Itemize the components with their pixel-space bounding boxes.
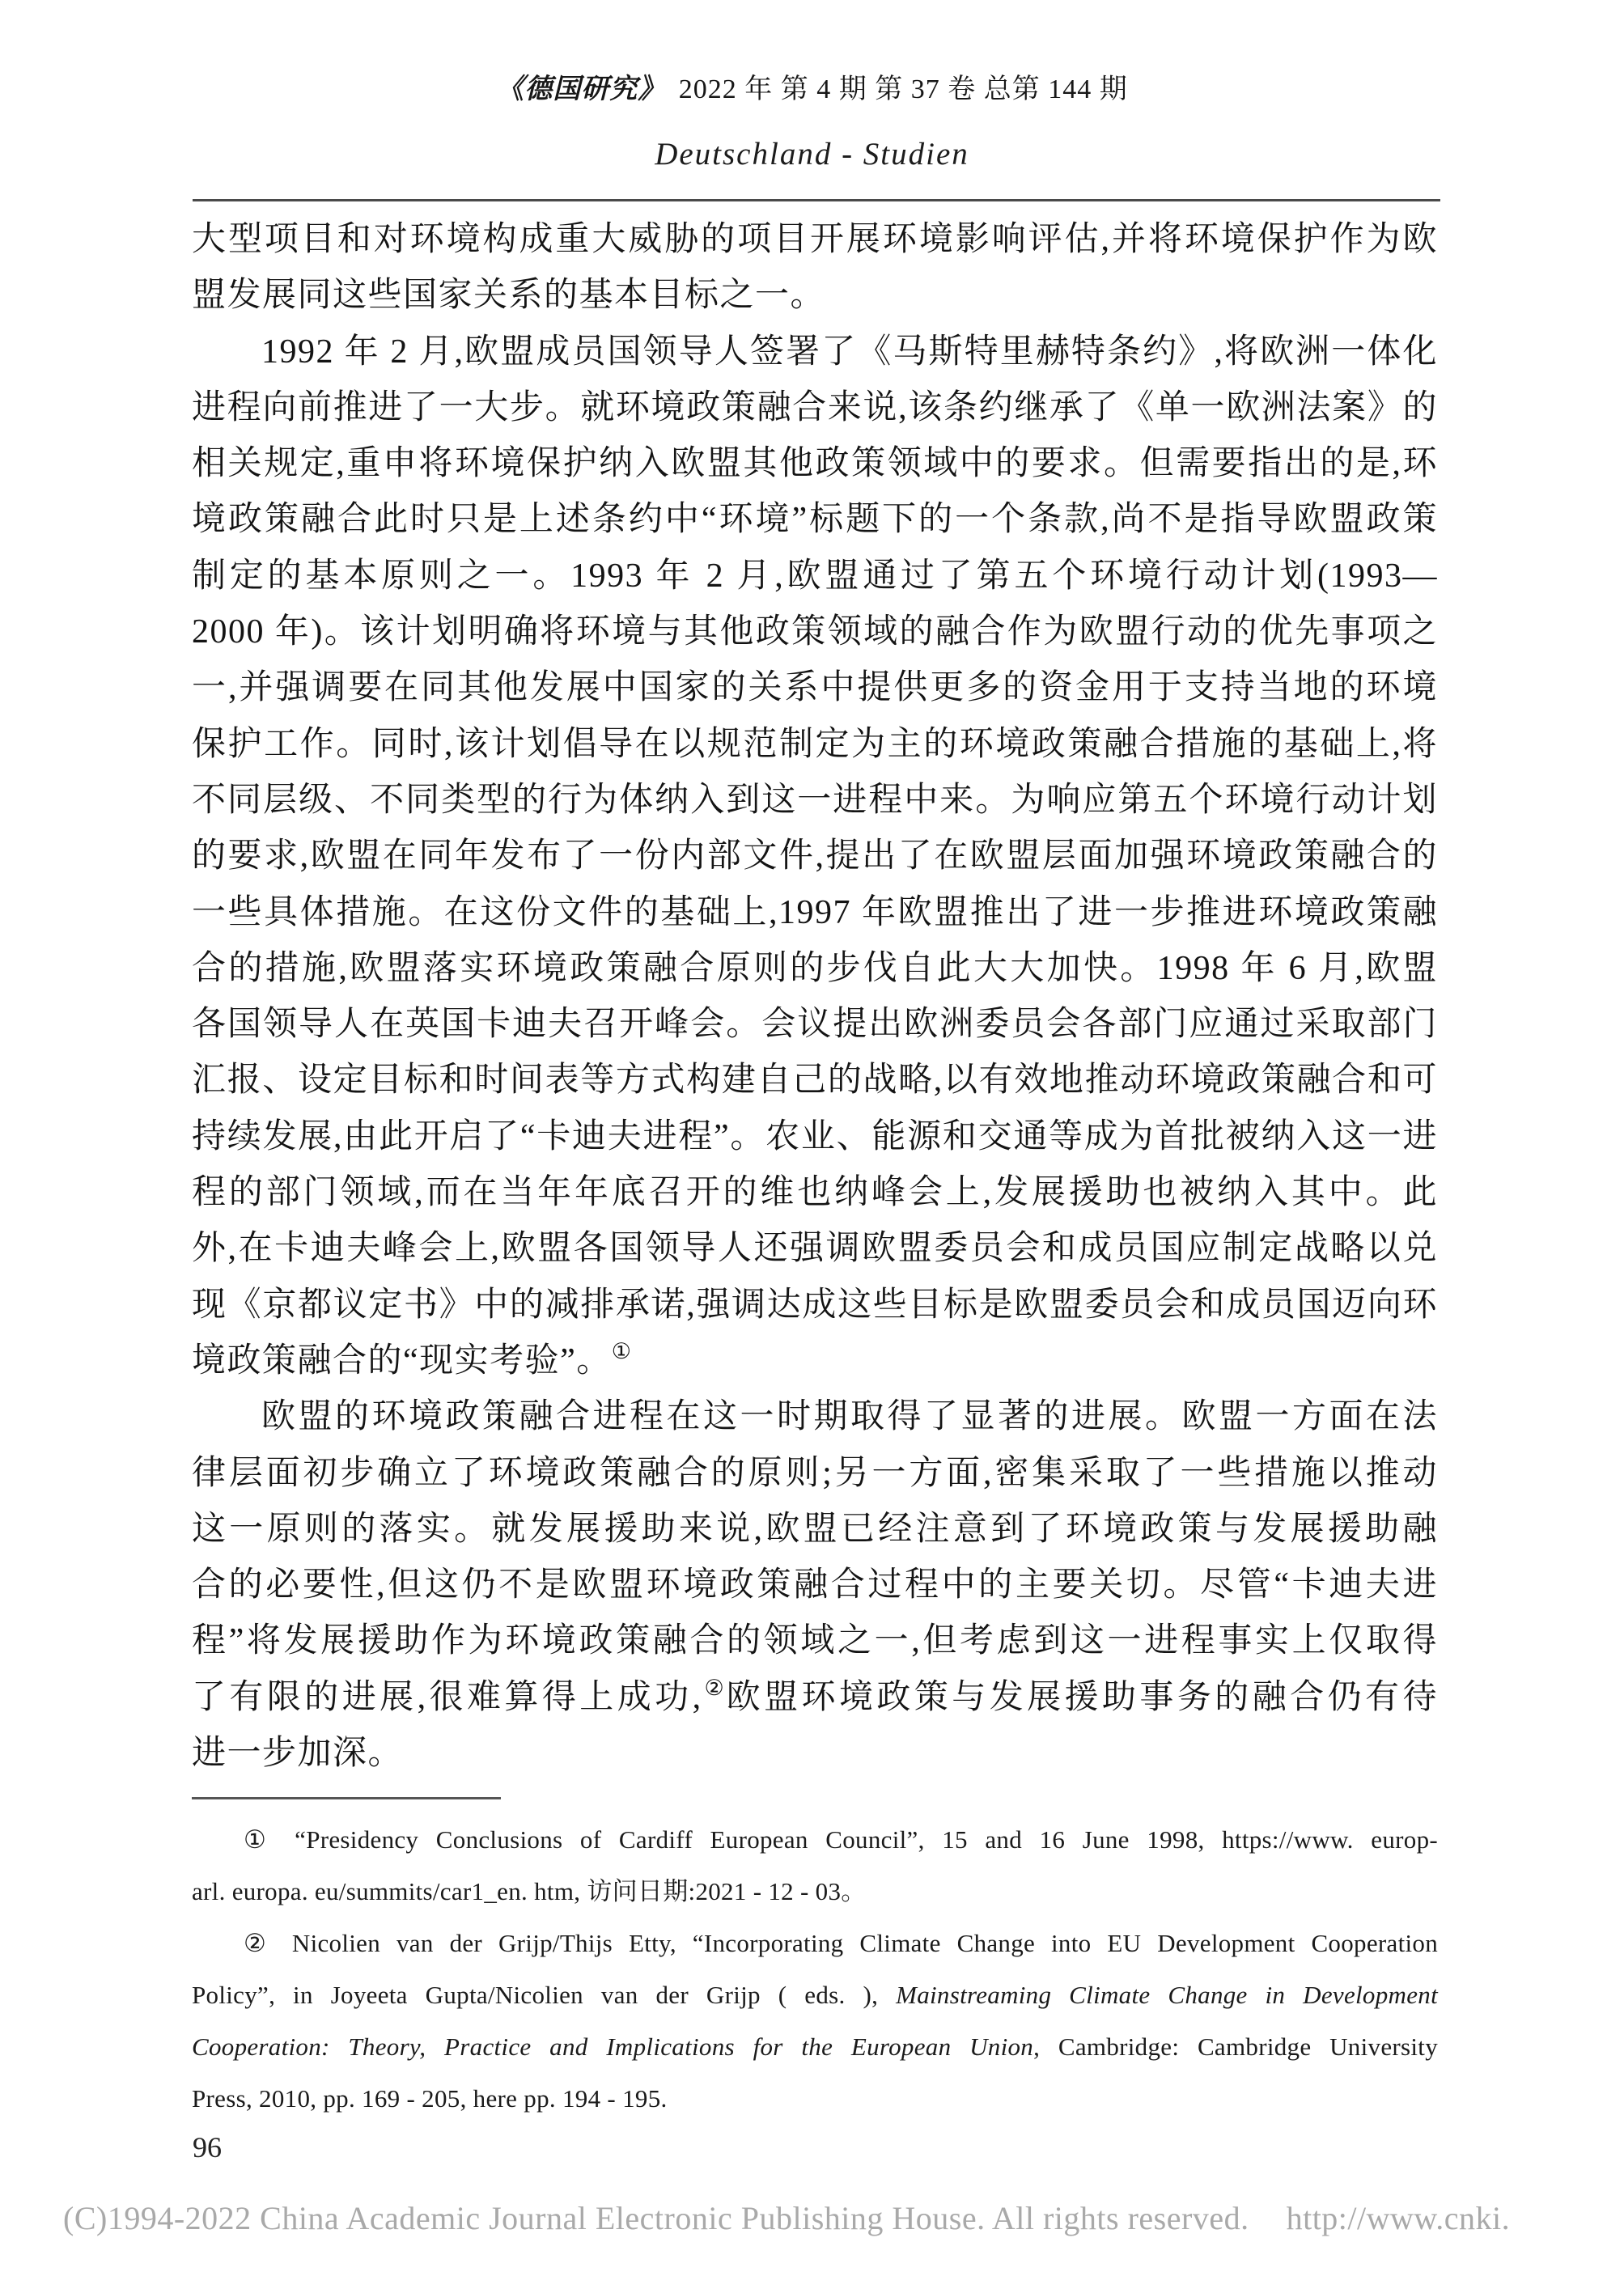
footnotes: ① “Presidency Conclusions of Cardiff Eur… [192, 1814, 1438, 2125]
footnote-line: ① “Presidency Conclusions of Cardiff Eur… [192, 1814, 1438, 1866]
footnote-text: Press, 2010, pp. 169 - 205, here pp. 194… [192, 2084, 668, 2113]
footnote-text: ② Nicolien van der Grijp/Thijs Etty, “In… [244, 1929, 1438, 1957]
body-line: 律层面初步确立了环境政策融合的原则;另一方面,密集采取了一些措施以推动 [192, 1446, 1438, 1502]
footnote-line: arl. europa. eu/summits/car1_en. htm, 访问… [192, 1866, 1438, 1918]
body-line: 境政策融合此时只是上述条约中“环境”标题下的一个条款,尚不是指导欧盟政策 [192, 492, 1438, 548]
body-line: 2000 年)。该计划明确将环境与其他政策领域的融合作为欧盟行动的优先事项之 [192, 604, 1438, 660]
body-line: 相关规定,重申将环境保护纳入欧盟其他政策领域中的要求。但需要指出的是,环 [192, 436, 1438, 492]
footnote-text: arl. europa. eu/summits/car1_en. htm, 访问… [192, 1877, 867, 1905]
journal-title-line: 《德国研究》 2022 年 第 4 期 第 37 卷 总第 144 期 [0, 71, 1624, 108]
body-line: 进一步加深。 [192, 1726, 1438, 1782]
footnote-separator [192, 1797, 501, 1799]
footnote-text: ① “Presidency Conclusions of Cardiff Eur… [244, 1825, 1438, 1854]
footnote-line: ② Nicolien van der Grijp/Thijs Etty, “In… [192, 1918, 1438, 1969]
body-text: 大型项目和对环境构成重大威胁的项目开展环境影响评估,并将环境保护作为欧盟发展同这… [192, 212, 1438, 1782]
footer-url: http://www.cnki. [1287, 2198, 1511, 2240]
body-line: 进程向前推进了一大步。就环境政策融合来说,该条约继承了《单一欧洲法案》的 [192, 380, 1438, 436]
journal-subtitle: Deutschland - Studien [0, 134, 1624, 175]
body-line: 不同层级、不同类型的行为体纳入到这一进程中来。为响应第五个环境行动计划 [192, 773, 1438, 829]
footnote-text-italic: Mainstreaming Climate Change in Developm… [896, 1981, 1438, 2009]
page: 《德国研究》 2022 年 第 4 期 第 37 卷 总第 144 期 Deut… [0, 0, 1624, 2293]
footnote-ref: ① [612, 1339, 631, 1363]
body-line: 持续发展,由此开启了“卡迪夫进程”。农业、能源和交通等成为首批被纳入这一进 [192, 1109, 1438, 1165]
body-line: 合的必要性,但这仍不是欧盟环境政策融合过程中的主要关切。尽管“卡迪夫进 [192, 1558, 1438, 1613]
body-line: 合的措施,欧盟落实环境政策融合原则的步伐自此大大加快。1998 年 6 月,欧盟 [192, 941, 1438, 997]
body-line: 欧盟的环境政策融合进程在这一时期取得了显著的进展。欧盟一方面在法 [192, 1389, 1438, 1445]
body-line: 大型项目和对环境构成重大威胁的项目开展环境影响评估,并将环境保护作为欧 [192, 212, 1438, 268]
body-line: 外,在卡迪夫峰会上,欧盟各国领导人还强调欧盟委员会和成员国应制定战略以兑 [192, 1221, 1438, 1277]
footnote-ref: ② [702, 1676, 727, 1700]
copyright-footer: (C)1994-2022 China Academic Journal Elec… [63, 2198, 1510, 2240]
footnote-text-italic: Cooperation: Theory, Practice and Implic… [192, 2032, 1033, 2061]
body-line: 了有限的进展,很难算得上成功,②欧盟环境政策与发展援助事务的融合仍有待 [192, 1670, 1438, 1726]
body-line: 一,并强调要在同其他发展中国家的关系中提供更多的资金用于支持当地的环境 [192, 660, 1438, 716]
header-rule [193, 199, 1440, 201]
copyright-text: (C)1994-2022 China Academic Journal Elec… [63, 2198, 1249, 2240]
footnote-text: , Cambridge: Cambridge University [1033, 2032, 1438, 2061]
body-line: 现《京都议定书》中的减排承诺,强调达成这些目标是欧盟委员会和成员国迈向环 [192, 1278, 1438, 1333]
page-number: 96 [193, 2128, 222, 2167]
journal-issue-info: 2022 年 第 4 期 第 37 卷 总第 144 期 [679, 74, 1128, 104]
journal-name: 《德国研究》 [496, 74, 666, 104]
body-line: 汇报、设定目标和时间表等方式构建自己的战略,以有效地推动环境政策融合和可 [192, 1053, 1438, 1108]
body-line: 程的部门领域,而在当年年底召开的维也纳峰会上,发展援助也被纳入其中。此 [192, 1165, 1438, 1221]
footnote-line: Press, 2010, pp. 169 - 205, here pp. 194… [192, 2073, 1438, 2125]
body-line: 各国领导人在英国卡迪夫召开峰会。会议提出欧洲委员会各部门应通过采取部门 [192, 997, 1438, 1053]
body-line: 一些具体措施。在这份文件的基础上,1997 年欧盟推出了进一步推进环境政策融 [192, 885, 1438, 941]
body-line: 保护工作。同时,该计划倡导在以规范制定为主的环境政策融合措施的基础上,将 [192, 717, 1438, 773]
body-line: 这一原则的落实。就发展援助来说,欧盟已经注意到了环境政策与发展援助融 [192, 1502, 1438, 1558]
footnote-line: Policy”, in Joyeeta Gupta/Nicolien van d… [192, 1969, 1438, 2021]
body-line: 程”将发展援助作为环境政策融合的领域之一,但考虑到这一进程事实上仅取得 [192, 1613, 1438, 1669]
body-line: 制定的基本原则之一。1993 年 2 月,欧盟通过了第五个环境行动计划(1993… [192, 549, 1438, 604]
footnote-line: Cooperation: Theory, Practice and Implic… [192, 2021, 1438, 2073]
body-line: 1992 年 2 月,欧盟成员国领导人签署了《马斯特里赫特条约》,将欧洲一体化 [192, 324, 1438, 380]
body-line: 的要求,欧盟在同年发布了一份内部文件,提出了在欧盟层面加强环境政策融合的 [192, 829, 1438, 884]
body-line: 境政策融合的“现实考验”。① [192, 1333, 1438, 1389]
footnote-text: Policy”, in Joyeeta Gupta/Nicolien van d… [192, 1981, 896, 2009]
body-line: 盟发展同这些国家关系的基本目标之一。 [192, 268, 1438, 324]
